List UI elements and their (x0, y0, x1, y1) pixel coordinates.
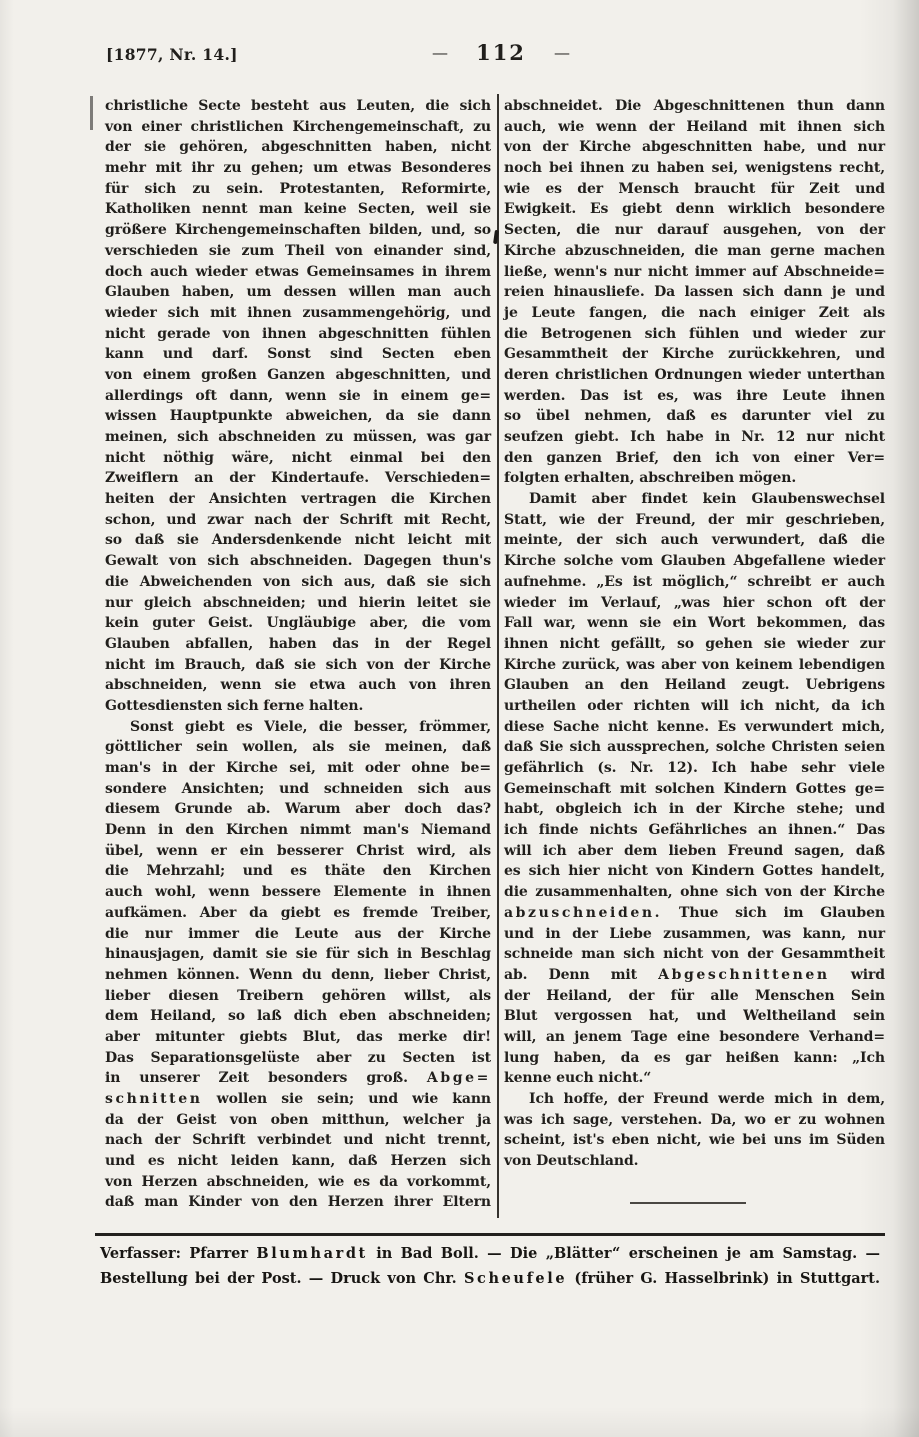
text-line: göttlicher sein wollen, als sie meinen, … (105, 737, 491, 758)
text-line: von einem großen Ganzen abgeschnitten, u… (105, 365, 491, 386)
text-line: Statt, wie der Freund, der mir geschrieb… (504, 510, 885, 531)
text-line: je Leute fangen, die nach einiger Zeit a… (504, 303, 885, 324)
text-line: von der Kirche abgeschnitten habe, und n… (504, 137, 885, 158)
text-line: Blut vergossen hat, und Weltheiland sein (504, 1006, 885, 1027)
column-divider-rule (497, 94, 499, 1218)
text-line: meinte, der sich auch verwundert, daß di… (504, 530, 885, 551)
text-line: übel, wenn er ein besserer Christ wird, … (105, 841, 491, 862)
text-line: die Mehrzahl; und es thäte den Kirchen (105, 861, 491, 882)
text-line: abschneiden, wenn sie etwa auch von ihre… (105, 675, 491, 696)
text-line: daß Sie sich aussprechen, solche Christe… (504, 737, 885, 758)
text-line: Katholiken nennt man keine Secten, weil … (105, 199, 491, 220)
text-line: habt, obgleich ich in der Kirche stehe; … (504, 799, 885, 820)
text-line: wissen Hauptpunkte abweichen, da sie dan… (105, 406, 491, 427)
text-line: schon, und zwar nach der Schrift mit Rec… (105, 510, 491, 531)
text-line: größere Kirchengemeinschaften bilden, un… (105, 220, 491, 241)
text-line: nehmen können. Wenn du denn, lieber Chri… (105, 965, 491, 986)
text-line: auch, wie wenn der Heiland mit ihnen sic… (504, 117, 885, 138)
text-line: Damit aber findet kein Glaubenswechsel (504, 489, 885, 510)
text-line: wieder sich mit ihnen zusammengehörig, u… (105, 303, 491, 324)
text-line: verschieden sie zum Theil von einander s… (105, 241, 491, 262)
text-line: allerdings oft dann, wenn sie in einem g… (105, 386, 491, 407)
text-line: für sich zu sein. Protestanten, Reformir… (105, 179, 491, 200)
text-line: Fall war, wenn sie ein Wort bekommen, da… (504, 613, 885, 634)
text-line: nicht gerade von ihnen abgeschnitten füh… (105, 324, 491, 345)
text-line: lung haben, da es gar heißen kann: „Ich (504, 1048, 885, 1069)
footer-rule (95, 1233, 885, 1236)
text-line: und es nicht leiden kann, daß Herzen sic… (105, 1151, 491, 1172)
page-number-row: — 112 — (432, 40, 570, 65)
text-line: dem Heiland, so laß dich eben abschneide… (105, 1006, 491, 1027)
text-line: von einer christlichen Kirchengemeinscha… (105, 117, 491, 138)
text-line: Denn in den Kirchen nimmt man's Niemand (105, 820, 491, 841)
text-line: aufkämen. Aber da giebt es fremde Treibe… (105, 903, 491, 924)
text-line: Kirche abzuschneiden, die man gerne mach… (504, 241, 885, 262)
text-line: Kirche zurück, was aber von keinem leben… (504, 655, 885, 676)
text-line: Bestellung bei der Post. — Druck von Chr… (100, 1266, 880, 1291)
text-line: ließe, wenn's nur nicht immer auf Abschn… (504, 262, 885, 283)
right-column: abschneidet. Die Abgeschnittenen thun da… (504, 96, 885, 1172)
text-line: von Herzen abschneiden, wie es da vorkom… (105, 1172, 491, 1193)
text-line: werden. Das ist es, was ihre Leute ihnen (504, 386, 885, 407)
text-line: Gottesdiensten sich ferne halten. (105, 696, 491, 717)
text-line: Sonst giebt es Viele, die besser, frömme… (105, 717, 491, 738)
text-line: es sich hier nicht von Kindern Gottes ha… (504, 861, 885, 882)
text-line: daß man Kinder von den Herzen ihrer Elte… (105, 1192, 491, 1213)
text-line: nur gleich abschneiden; und hierin leite… (105, 593, 491, 614)
text-line: kann und darf. Sonst sind Secten eben (105, 344, 491, 365)
text-line: Gewalt von sich abschneiden. Dagegen thu… (105, 551, 491, 572)
text-line: hinausjagen, damit sie sie für sich in B… (105, 944, 491, 965)
text-line: urtheilen oder richten will ich nicht, d… (504, 696, 885, 717)
text-line: so übel nehmen, daß es darunter viel zu (504, 406, 885, 427)
text-line: nicht im Brauch, daß sie sich von der Ki… (105, 655, 491, 676)
text-line: schnitten wollen sie sein; und wie kann (105, 1089, 491, 1110)
text-line: schneide man sich nicht von der Gesammth… (504, 944, 885, 965)
text-line: ab. Denn mit Abgeschnittenen wird (504, 965, 885, 986)
text-line: in unserer Zeit besonders groß. Abge= (105, 1068, 491, 1089)
footer-text: Verfasser: Pfarrer Blumhardt in Bad Boll… (100, 1241, 880, 1291)
text-line: auch wohl, wenn bessere Elemente in ihne… (105, 882, 491, 903)
text-line: Zweiflern an der Kindertaufe. Verschiede… (105, 468, 491, 489)
text-line: die Betrogenen sich fühlen und wieder zu… (504, 324, 885, 345)
scan-edge-mark (90, 96, 93, 130)
page-number-dash-right: — (554, 43, 570, 62)
text-line: Ich hoffe, der Freund werde mich in dem, (504, 1089, 885, 1110)
text-line: kenne euch nicht.“ (504, 1068, 885, 1089)
page-number-dash-left: — (432, 43, 448, 62)
text-line: ich finde nichts Gefährliches an ihnen.“… (504, 820, 885, 841)
text-line: will, an jenem Tage eine besondere Verha… (504, 1027, 885, 1048)
text-line: von Deutschland. (504, 1151, 885, 1172)
text-line: sondere Ansichten; und schneiden sich au… (105, 779, 491, 800)
text-line: scheint, ist's eben nicht, wie bei uns i… (504, 1130, 885, 1151)
text-line: die zusammenhalten, ohne sich von der Ki… (504, 882, 885, 903)
text-line: Verfasser: Pfarrer Blumhardt in Bad Boll… (100, 1241, 880, 1266)
text-line: ihnen nicht gefällt, so gehen sie wieder… (504, 634, 885, 655)
scanned-page: [1877, Nr. 14.] — 112 — christliche Sect… (0, 0, 919, 1437)
text-line: folgten erhalten, abschreiben mögen. (504, 468, 885, 489)
text-line: die nur immer die Leute aus der Kirche (105, 924, 491, 945)
text-line: heiten der Ansichten vertragen die Kirch… (105, 489, 491, 510)
text-line: mehr mit ihr zu gehen; um etwas Besonder… (105, 158, 491, 179)
left-column: christliche Secte besteht aus Leuten, di… (105, 96, 491, 1213)
text-line: meinen, sich abschneiden zu müssen, was … (105, 427, 491, 448)
text-line: gefährlich (s. Nr. 12). Ich habe sehr vi… (504, 758, 885, 779)
issue-label: [1877, Nr. 14.] (106, 45, 238, 64)
text-line: der Heiland, der für alle Menschen Sein (504, 986, 885, 1007)
text-line: wie es der Mensch braucht für Zeit und (504, 179, 885, 200)
text-line: diesem Grunde ab. Warum aber doch das? (105, 799, 491, 820)
text-line: nicht nöthig wäre, nicht einmal bei den (105, 448, 491, 469)
text-line: aber mitunter giebts Blut, das merke dir… (105, 1027, 491, 1048)
text-line: Glauben haben, um dessen willen man auch (105, 282, 491, 303)
text-line: Gemeinschaft mit solchen Kindern Gottes … (504, 779, 885, 800)
text-line: christliche Secte besteht aus Leuten, di… (105, 96, 491, 117)
text-line: man's in der Kirche sei, mit oder ohne b… (105, 758, 491, 779)
page-number: 112 (476, 40, 526, 65)
text-line: den ganzen Brief, den ich von einer Ver= (504, 448, 885, 469)
text-line: kein guter Geist. Ungläubige aber, die v… (105, 613, 491, 634)
text-line: lieber diesen Treibern gehören willst, a… (105, 986, 491, 1007)
text-line: Ewigkeit. Es giebt denn wirklich besonde… (504, 199, 885, 220)
text-line: Gesammtheit der Kirche zurückkehren, und (504, 344, 885, 365)
text-line: so daß sie Andersdenkende nicht leicht m… (105, 530, 491, 551)
text-line: und in der Liebe zusammen, was kann, nur (504, 924, 885, 945)
text-line: was ich sage, verstehen. Da, wo er zu wo… (504, 1110, 885, 1131)
text-line: deren christlichen Ordnungen wieder unte… (504, 365, 885, 386)
text-line: Kirche solche vom Glauben Abgefallene wi… (504, 551, 885, 572)
text-line: aufnehme. „Es ist möglich,“ schreibt er … (504, 572, 885, 593)
text-line: der sie gehören, abgeschnitten haben, ni… (105, 137, 491, 158)
text-line: Secten, die nur darauf ausgehen, von der (504, 220, 885, 241)
text-line: will ich aber dem lieben Freund sagen, d… (504, 841, 885, 862)
text-line: abschneidet. Die Abgeschnittenen thun da… (504, 96, 885, 117)
text-line: Glauben abfallen, haben das in der Regel (105, 634, 491, 655)
text-line: doch auch wieder etwas Gemeinsames in ih… (105, 262, 491, 283)
text-line: da der Geist von oben mitthun, welcher j… (105, 1110, 491, 1131)
text-line: seufzen giebt. Ich habe in Nr. 12 nur ni… (504, 427, 885, 448)
text-line: reien hinausliefe. Da lassen sich dann j… (504, 282, 885, 303)
text-line: noch bei ihnen zu haben sei, wenigstens … (504, 158, 885, 179)
text-line: Das Separationsgelüste aber zu Secten is… (105, 1048, 491, 1069)
text-line: diese Sache nicht kenne. Es verwundert m… (504, 717, 885, 738)
text-line: Glauben an den Heiland zeugt. Uebrigens (504, 675, 885, 696)
text-line: nach der Schrift verbindet und nicht tre… (105, 1130, 491, 1151)
article-end-rule (630, 1202, 746, 1204)
text-line: die Abweichenden von sich aus, daß sie s… (105, 572, 491, 593)
text-line: wieder im Verlauf, „was hier schon oft d… (504, 593, 885, 614)
text-line: abzuschneiden. Thue sich im Glauben (504, 903, 885, 924)
